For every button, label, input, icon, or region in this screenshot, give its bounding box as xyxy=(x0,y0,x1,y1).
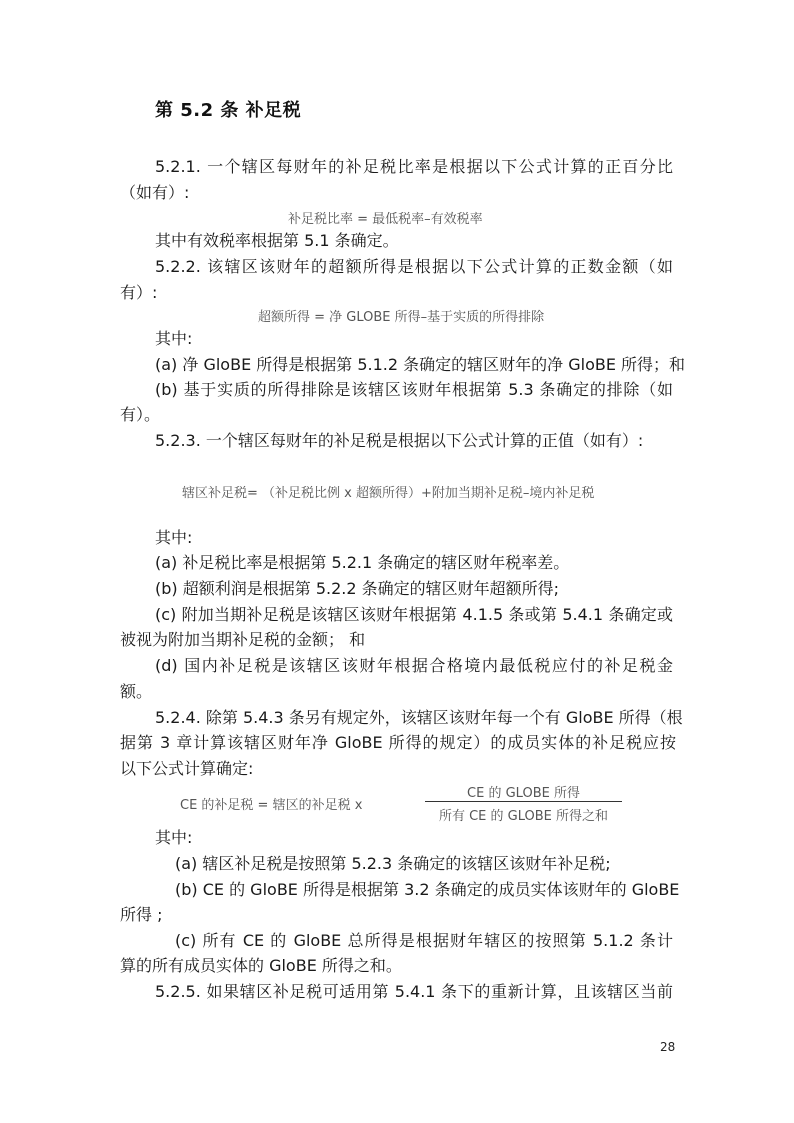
paragraph-5-2-4: 5.2.4. 除第 5.4.3 条另有规定外，该辖区该财年每一个有 GloBE … xyxy=(155,707,673,729)
paragraph-line: 被视为附加当期补足税的金额； 和 xyxy=(120,629,676,651)
list-item-b: (b) CE 的 GloBE 所得是根据第 3.2 条确定的成员实体该财年的 G… xyxy=(175,879,673,901)
page-number: 28 xyxy=(660,1040,675,1054)
paragraph-line: （如有）: xyxy=(120,182,676,204)
paragraph-line: 额。 xyxy=(120,681,676,703)
paragraph-5-2-2: 5.2.2. 该辖区该财年的超额所得是根据以下公式计算的正数金额（如 xyxy=(155,256,673,278)
paragraph-line: 所得 ; xyxy=(120,904,676,926)
formula-topup-rate: 补足税比率 = 最低税率–有效税率 xyxy=(288,208,483,227)
paragraph-line: 有）: xyxy=(120,282,676,304)
paragraph-line: 其中: xyxy=(155,827,711,849)
document-page: 第 5.2 条 补足税 5.2.1. 一个辖区每财年的补足税比率是根据以下公式计… xyxy=(0,0,794,1123)
paragraph-line: 有）。 xyxy=(120,404,676,426)
formula-excess-profit: 超额所得 = 净 GLOBE 所得–基于实质的所得排除 xyxy=(258,306,544,325)
formula-ce-topup-left: CE 的补足税 = 辖区的补足税 x xyxy=(180,794,362,813)
paragraph-line: 其中有效税率根据第 5.1 条确定。 xyxy=(155,230,711,252)
formula-denominator: 所有 CE 的 GLOBE 所得之和 xyxy=(425,805,622,824)
list-item-d: (d) 国内补足税是该辖区该财年根据合格境内最低税应付的补足税金 xyxy=(155,655,673,677)
list-item-c: (c) 附加当期补足税是该辖区该财年根据第 4.1.5 条或第 5.4.1 条确… xyxy=(155,604,673,626)
paragraph-line: 其中: xyxy=(155,527,711,549)
list-item-a: (a) 辖区补足税是按照第 5.2.3 条确定的该辖区该财年补足税; xyxy=(175,853,731,875)
paragraph-5-2-5: 5.2.5. 如果辖区补足税可适用第 5.4.1 条下的重新计算，且该辖区当前 xyxy=(155,981,673,1003)
paragraph-line: 据第 3 章计算该辖区财年净 GloBE 所得的规定）的成员实体的补足税应按 xyxy=(120,732,676,754)
paragraph-line: 算的所有成员实体的 GloBE 所得之和。 xyxy=(120,955,676,977)
list-item-b: (b) 超额利润是根据第 5.2.2 条确定的辖区财年超额所得; xyxy=(155,578,711,600)
section-heading: 第 5.2 条 补足税 xyxy=(155,96,301,122)
list-item-a: (a) 净 GloBE 所得是根据第 5.1.2 条确定的辖区财年的净 GloB… xyxy=(155,354,673,376)
list-item-b: (b) 基于实质的所得排除是该辖区该财年根据第 5.3 条确定的排除（如 xyxy=(155,379,673,401)
list-item-c: (c) 所有 CE 的 GloBE 总所得是根据财年辖区的按照第 5.1.2 条… xyxy=(175,930,673,952)
paragraph-line: 以下公式计算确定: xyxy=(120,758,676,780)
formula-numerator: CE 的 GLOBE 所得 xyxy=(425,782,622,801)
fraction-bar xyxy=(425,801,622,802)
paragraph-line: 其中: xyxy=(155,328,711,350)
formula-jurisdictional-topup: 辖区补足税= （补足税比例 x 超额所得）+附加当期补足税–境内补足税 xyxy=(182,482,594,501)
paragraph-5-2-1: 5.2.1. 一个辖区每财年的补足税比率是根据以下公式计算的正百分比 xyxy=(155,156,673,178)
list-item-a: (a) 补足税比率是根据第 5.2.1 条确定的辖区财年税率差。 xyxy=(155,552,711,574)
paragraph-5-2-3: 5.2.3. 一个辖区每财年的补足税是根据以下公式计算的正值（如有）: xyxy=(155,430,711,452)
